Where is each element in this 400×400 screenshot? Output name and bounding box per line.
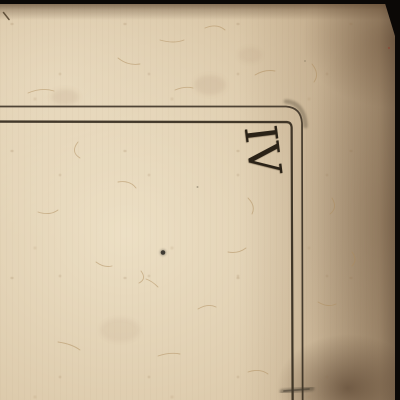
plate-number: IV bbox=[237, 123, 287, 177]
plate-number-area: IV bbox=[234, 122, 290, 178]
paper-sheet bbox=[0, 4, 395, 400]
scanned-plate-page: IV bbox=[0, 0, 400, 400]
